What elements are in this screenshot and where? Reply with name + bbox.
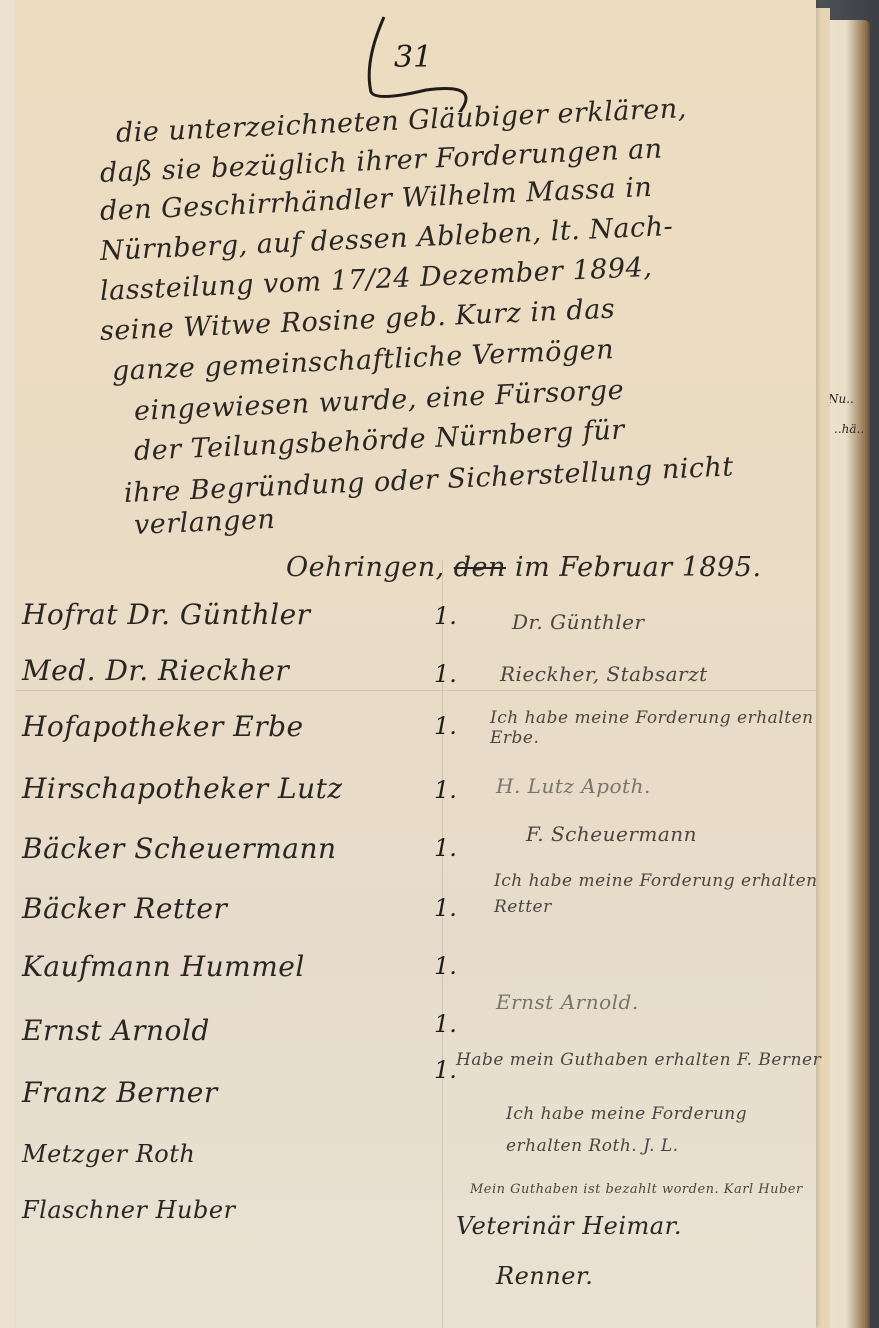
- margin-note: ..hä..: [834, 422, 864, 436]
- creditor-name: Med. Dr. Rieckher: [22, 654, 289, 687]
- signature: Renner.: [496, 1262, 593, 1290]
- creditor-name: Franz Berner: [22, 1076, 218, 1109]
- creditor-signature: Ich habe meine Forderung erhalten Erbe.: [490, 708, 830, 748]
- creditor-signature: Rieckher, Stabsarzt: [500, 662, 708, 686]
- creditor-name: Hirschapotheker Lutz: [22, 772, 343, 805]
- creditor-mark: 1.: [434, 776, 457, 804]
- creditor-mark: 1.: [434, 660, 457, 688]
- creditor-mark: 1.: [434, 952, 457, 980]
- creditor-name: Ernst Arnold: [22, 1014, 210, 1047]
- date: im Februar 1895.: [515, 552, 762, 583]
- creditor-mark: 1.: [434, 712, 457, 740]
- creditor-mark: 1.: [434, 894, 457, 922]
- creditor-signature: Mein Guthaben ist bezahlt worden. Karl H…: [470, 1182, 803, 1197]
- creditor-name: Bäcker Retter: [22, 892, 227, 925]
- creditor-name: Kaufmann Hummel: [22, 950, 305, 983]
- creditor-signature: Habe mein Guthaben erhalten F. Berner: [456, 1050, 821, 1070]
- fold-line: [16, 690, 816, 691]
- creditor-name: Flaschner Huber: [22, 1196, 236, 1224]
- creditor-signature: Ernst Arnold.: [496, 990, 639, 1014]
- creditor-name: Metzger Roth: [22, 1140, 195, 1168]
- creditor-name: Bäcker Scheuermann: [22, 832, 337, 865]
- creditor-signature: F. Scheuermann: [526, 822, 697, 846]
- creditor-mark: 1.: [434, 834, 457, 862]
- place: Oehringen,: [286, 552, 445, 583]
- creditor-signature: Ich habe meine Forderung erhalten Retter: [494, 868, 834, 920]
- body-line: verlangen: [133, 504, 276, 541]
- creditor-mark: 1.: [434, 1010, 457, 1038]
- creditor-signature: Ich habe meine Forderung erhalten Roth. …: [506, 1098, 826, 1162]
- creditor-name: Hofapotheker Erbe: [22, 710, 304, 743]
- margin-note: Nu..: [828, 392, 854, 406]
- creditor-name: Hofrat Dr. Günthler: [22, 598, 311, 631]
- creditor-signature: Dr. Günthler: [512, 610, 645, 634]
- creditor-mark: 1.: [434, 1056, 457, 1084]
- document-page: 31 die unterzeichneten Gläubiger erkläre…: [16, 0, 816, 1328]
- page-number: 31: [394, 40, 432, 75]
- facing-page-edge: [0, 0, 17, 1328]
- struck-word: den: [454, 552, 506, 583]
- creditor-mark: 1.: [434, 602, 457, 630]
- signature: Veterinär Heimar.: [456, 1212, 682, 1240]
- page-number-bracket: 31: [346, 12, 496, 112]
- place-date-line: Oehringen, den im Februar 1895.: [286, 552, 762, 583]
- creditor-signature: H. Lutz Apoth.: [496, 774, 651, 798]
